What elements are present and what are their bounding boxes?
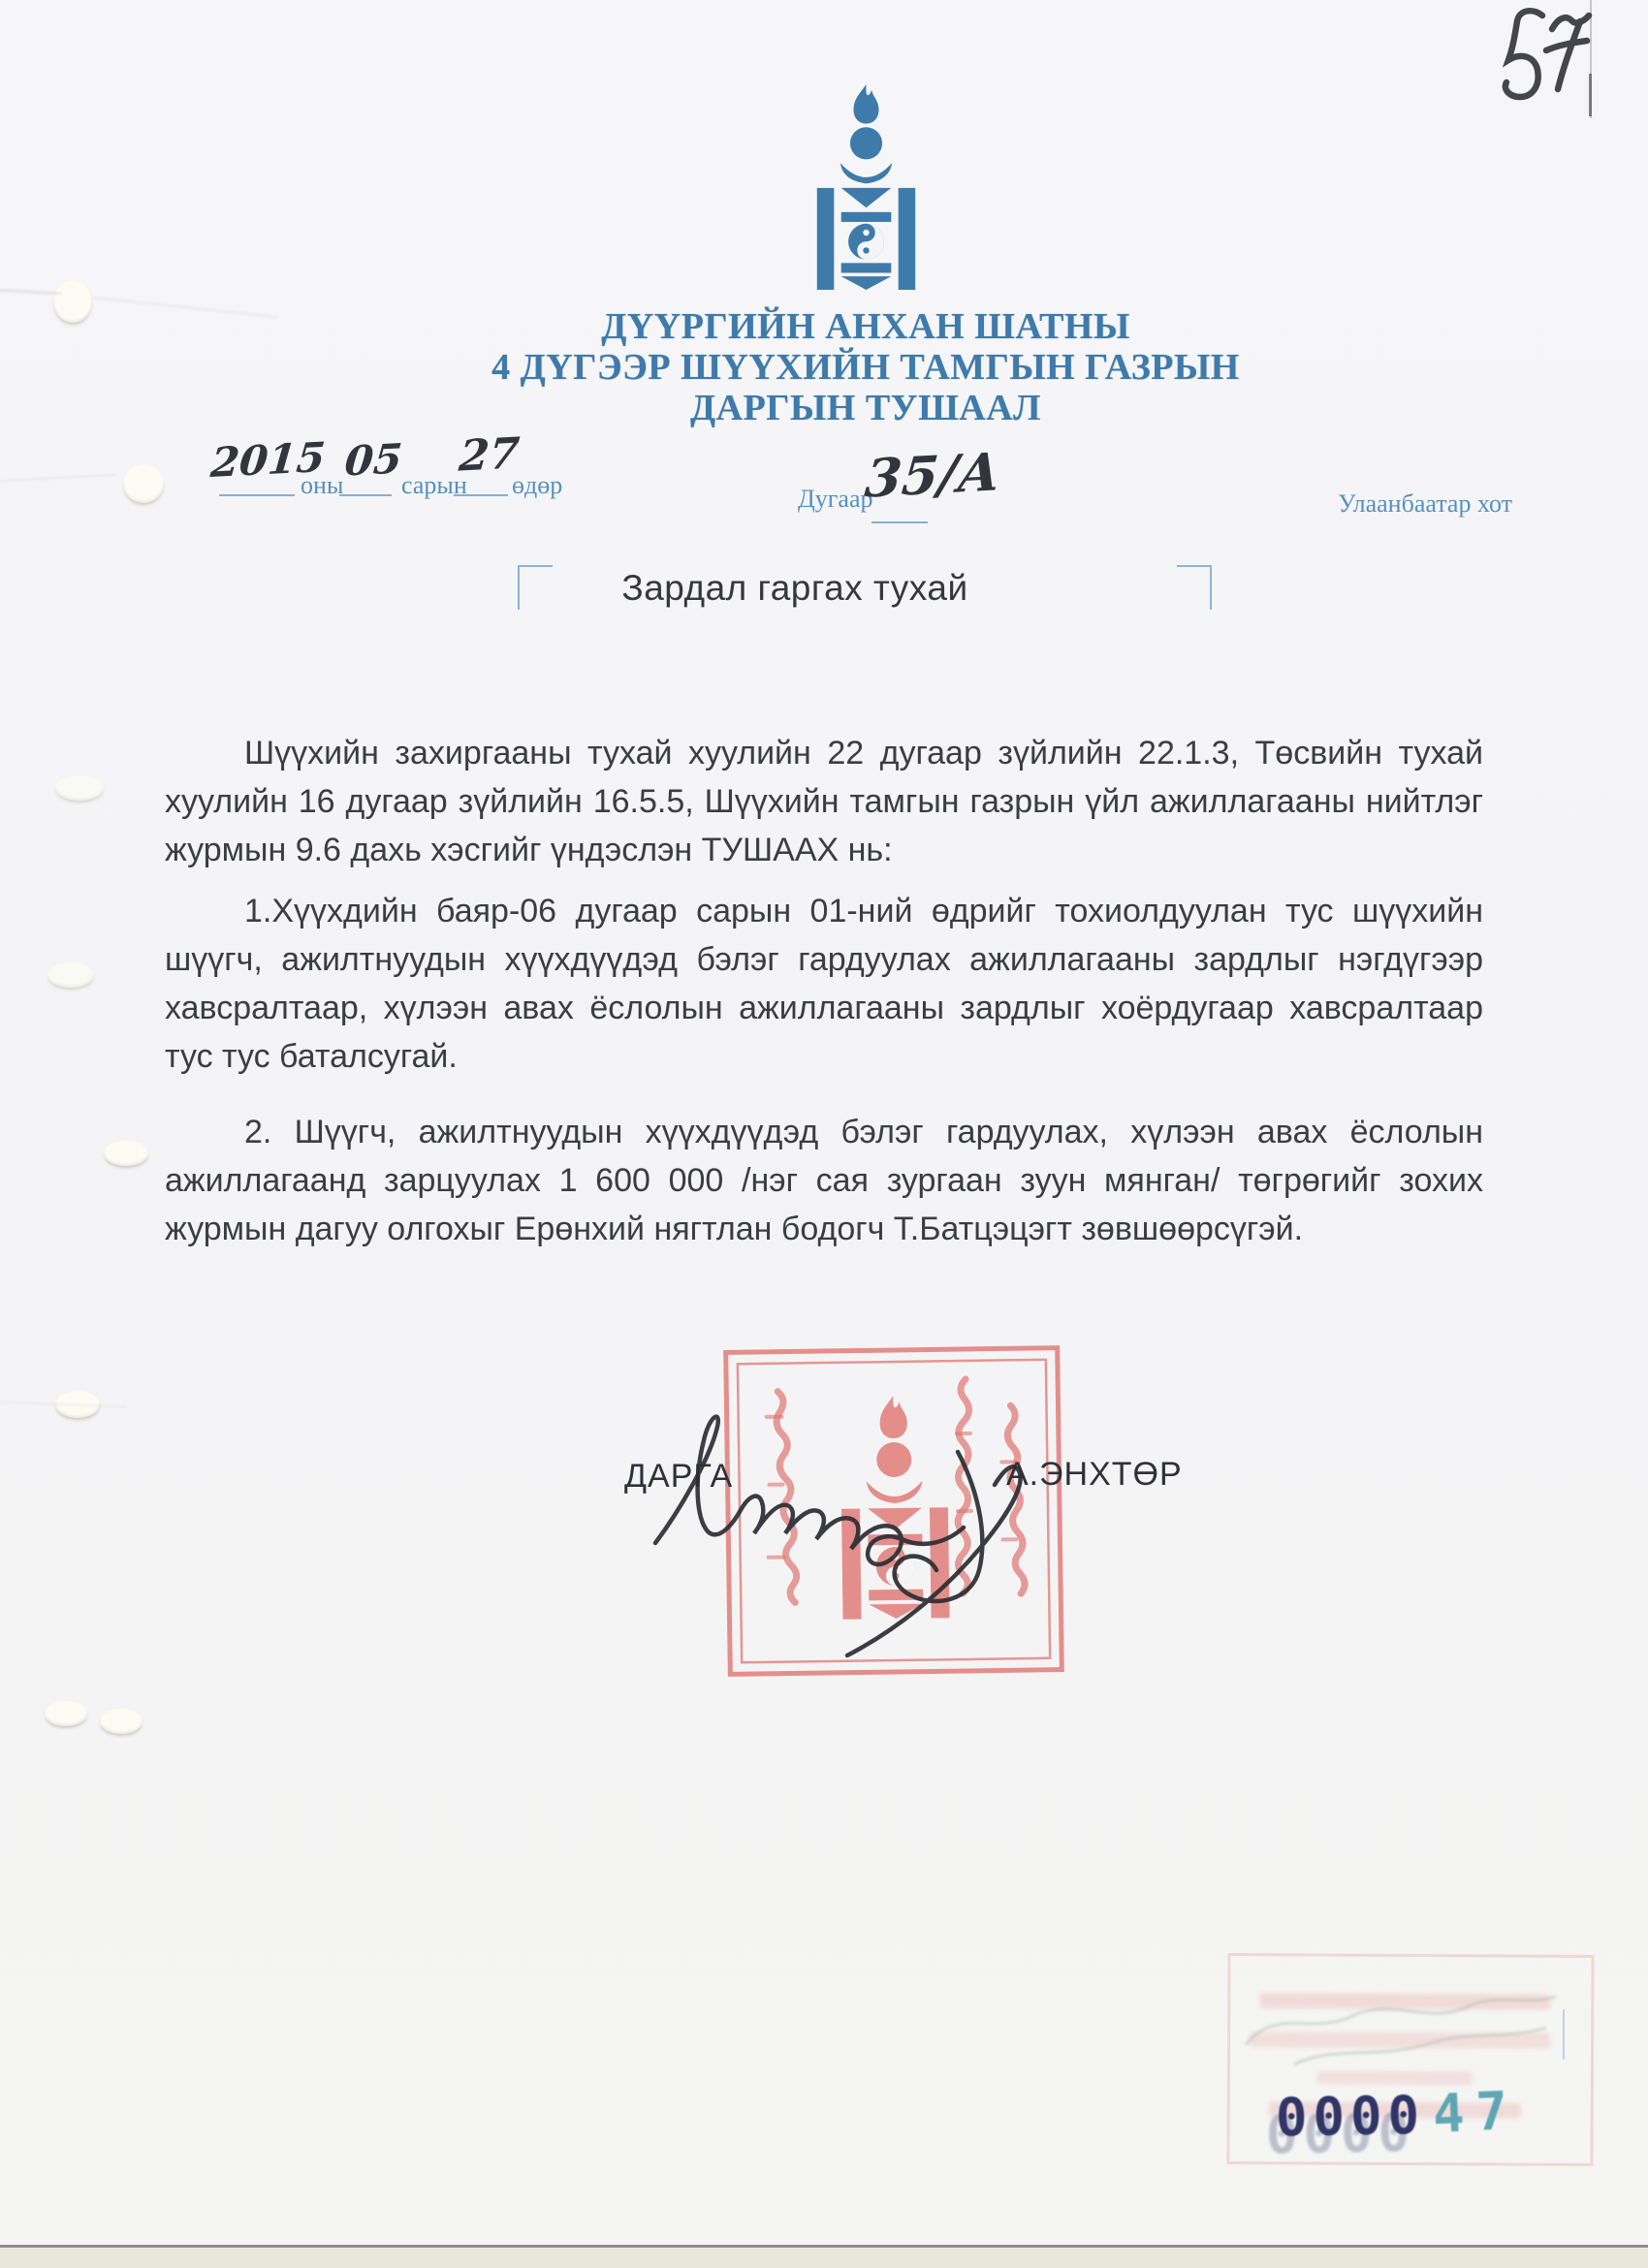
hole-punch: [53, 280, 92, 323]
pen-mark: [1563, 2009, 1565, 2060]
title-corner-bracket-left: [518, 565, 553, 610]
org-title-line-3: ДАРГЫН ТУШААЛ: [381, 388, 1350, 428]
scanned-document-page: ДҮҮРГИЙН АНХАН ШАТНЫ 4 ДҮГЭЭР ШҮҮХИЙН ТА…: [0, 0, 1648, 2268]
registry-number-teal: 47: [1432, 2080, 1521, 2145]
paper-crease: [93, 297, 276, 318]
org-title-line-1: ДҮҮРГИЙН АНХАН ШАТНЫ: [381, 306, 1350, 347]
handwritten-document-number: 35/А: [863, 440, 1003, 509]
bleed-through-handwriting: [1236, 1968, 1566, 2084]
hole-punch: [45, 1701, 87, 1726]
org-title-line-2: 4 ДҮГЭЭР ШҮҮХИЙН ТАМГЫН ГАЗРЫН: [381, 347, 1350, 388]
blank-line: [339, 494, 392, 496]
soyombo-emblem-icon: [814, 84, 918, 290]
paper-crease: [0, 289, 62, 295]
hole-punch: [100, 1709, 143, 1734]
hole-punch: [48, 962, 94, 988]
registry-number-dark: 0000: [1275, 2085, 1425, 2149]
hole-punch: [104, 1141, 148, 1166]
hole-punch: [55, 775, 104, 801]
hole-punch: [123, 464, 164, 503]
handwritten-page-number-57: [1490, 2, 1606, 103]
body-paragraph-1: Шүүхийн захиргааны тухай хуулийн 22 дуга…: [165, 729, 1483, 874]
handwritten-signature-icon: [620, 1376, 1086, 1667]
document-subject-title: Зардал гаргах тухай: [582, 568, 1008, 609]
blank-line: [872, 521, 928, 523]
city-label: Улаанбаатар хот: [1318, 489, 1512, 519]
paper-crease: [0, 474, 116, 482]
blank-line: [219, 494, 295, 496]
scanner-background: [0, 2248, 1648, 2268]
day-label: өдөр: [512, 471, 562, 500]
body-paragraph-3: 2. Шүүгч, ажилтнуудын хүүхдүүдэд бэлэг г…: [165, 1108, 1483, 1253]
blank-line: [454, 494, 508, 496]
year-label: оны: [301, 471, 343, 500]
title-corner-bracket-right: [1177, 565, 1212, 610]
handwritten-month: 05: [343, 435, 404, 486]
body-paragraph-2: 1.Хүүхдийн баяр-06 дугаар сарын 01-ний ө…: [165, 887, 1483, 1081]
